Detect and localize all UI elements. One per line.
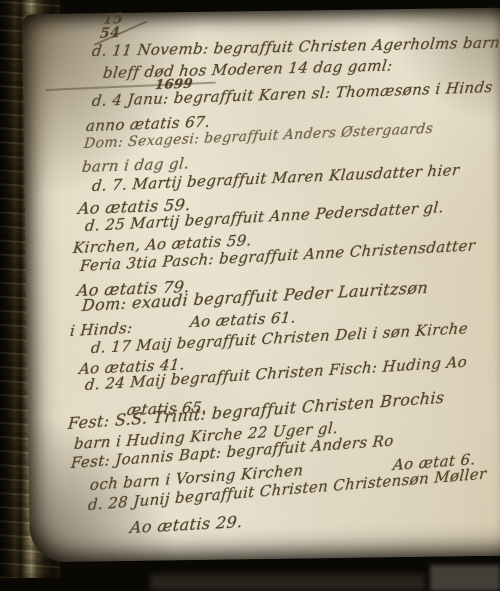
manuscript-line-17: Ao ætatis 61. [189, 310, 296, 330]
manuscript-line-9: barn i dag gl. [81, 156, 190, 175]
manuscript-line-4: bleff død hos Moderen 14 dag gaml: [102, 58, 393, 81]
manuscript-line-29: Ao ætatis 29. [129, 514, 243, 536]
manuscript-line-3: d. 11 Novemb: begraffuit Christen Agerho… [91, 35, 500, 59]
manuscript-lines: 1554d. 11 Novemb: begraffuit Christen Ag… [0, 0, 500, 591]
photo-background: 1554d. 11 Novemb: begraffuit Christen Ag… [0, 0, 500, 591]
